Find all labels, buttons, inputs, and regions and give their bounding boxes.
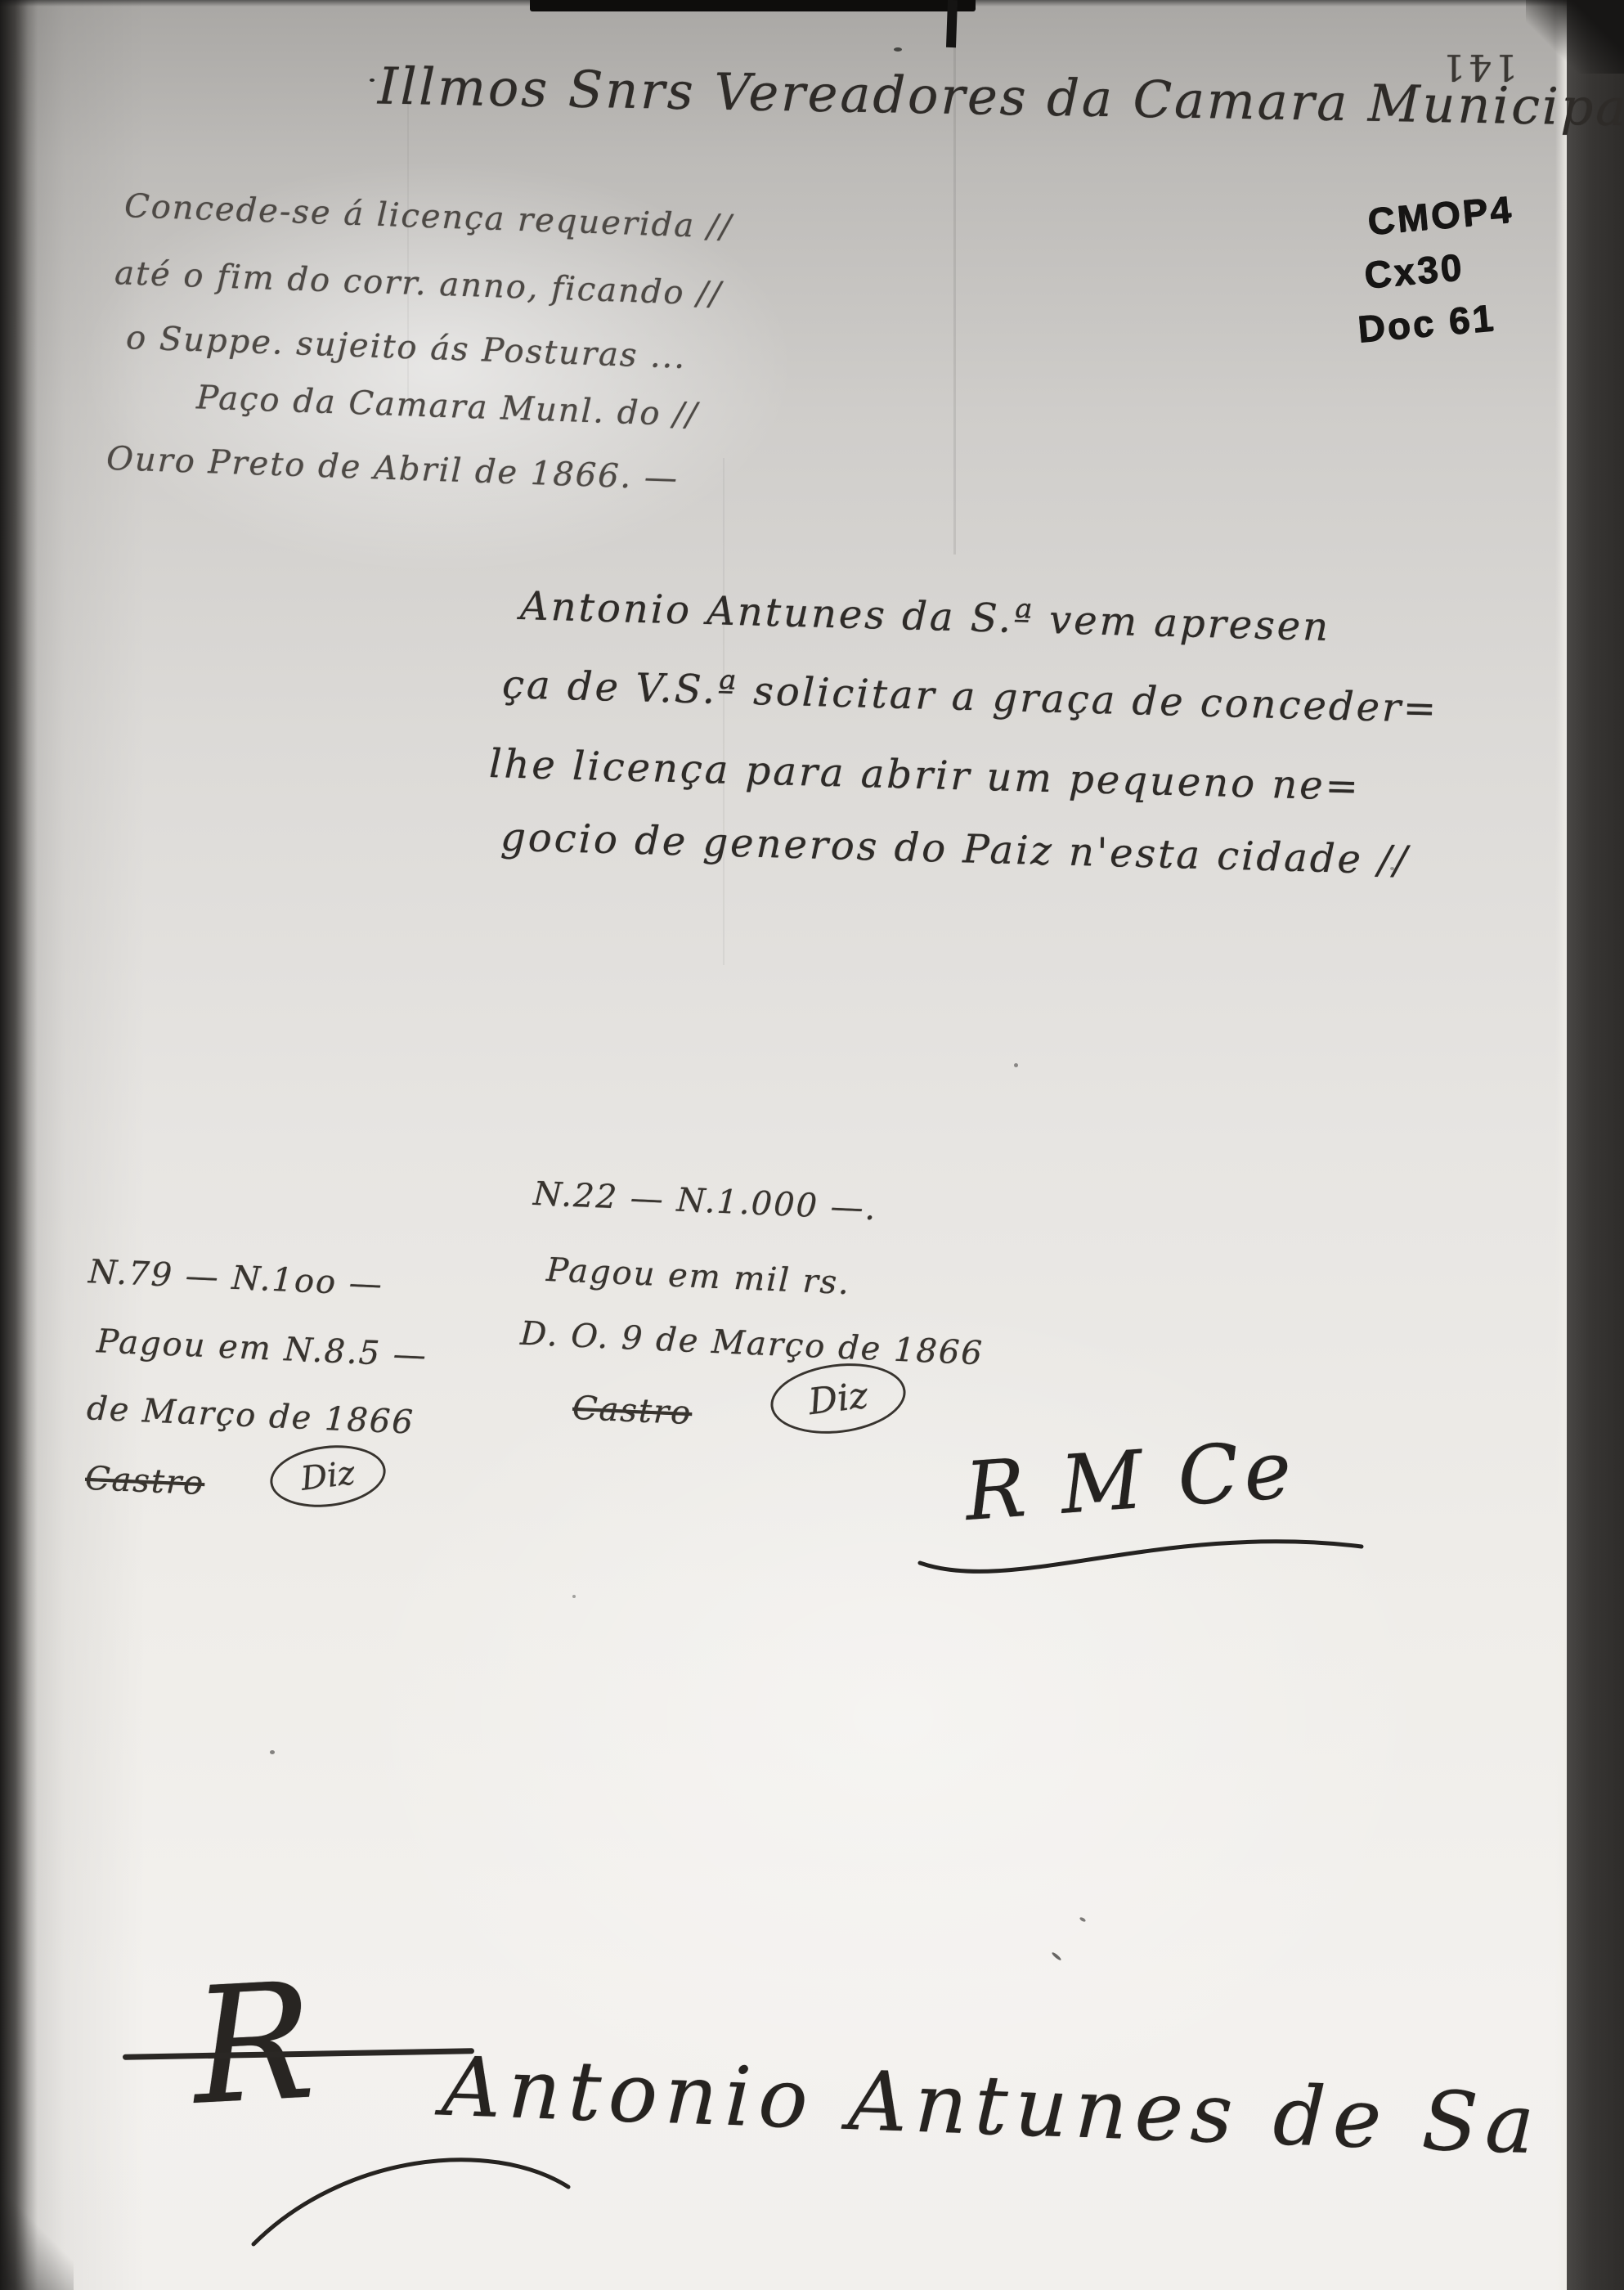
receipt-right-line: N.22 — N.1.000 —. [532, 1175, 877, 1228]
margin-note-line: Concede-se á licença requerida // [123, 187, 733, 246]
scan-top-black-bar [530, 0, 976, 11]
signature-flourish [245, 2122, 572, 2252]
ink-speck [370, 79, 375, 82]
receipt-left-line: Pagou em N.8.5 — [96, 1322, 428, 1375]
scan-top-tick-mark [946, 0, 958, 47]
scan-edge-left [0, 0, 38, 2290]
margin-note-line: Ouro Preto de Abril de 1866. — [105, 440, 679, 497]
margin-note-line: Paço da Camara Munl. do // [195, 379, 699, 433]
ink-speck [1079, 1916, 1087, 1922]
ink-speck [572, 1595, 576, 1598]
receipt-right-line: Pagou em mil rs. [545, 1251, 851, 1302]
ink-speck [270, 1750, 275, 1754]
receipt-left-line: N.79 — N.1oo — [87, 1253, 384, 1304]
petition-line: Antonio Antunes da S.ª vem apresen [519, 583, 1330, 650]
ink-speck [1051, 1951, 1061, 1961]
petition-line: lhe licença para abrir um pequeno ne= [488, 741, 1361, 810]
receipt-right-signature: Castro [572, 1390, 693, 1432]
archive-stamp-box: Cx30 [1362, 245, 1465, 297]
receipt-left-line: de Março de 1866 [86, 1390, 415, 1441]
margin-note-line: o Suppe. sujeito ás Posturas ... [125, 319, 687, 376]
receipt-right-line: D. O. 9 de Março de 1866 [519, 1315, 984, 1373]
petitioner-signature: Antonio Antunes de Sa [440, 2039, 1543, 2173]
scan-edge-right [1567, 0, 1624, 2290]
header-salutation: Illmos Snrs Vereadores da Camara Municip… [377, 56, 1624, 137]
petition-line: ça de V.S.ª solicitar a graça de concede… [501, 662, 1438, 732]
archive-stamp-fund: CMOP4 [1366, 186, 1515, 243]
scan-corner-top-right [1526, 0, 1624, 74]
scanned-document-page: 141 CMOP4 Cx30 Doc 61 Illmos Snrs Veread… [0, 0, 1624, 2290]
petition-line: gocio de generos do Paiz n'esta cidade /… [500, 814, 1410, 883]
scan-corner-bottom-left [0, 2192, 74, 2290]
ink-speck [1014, 1063, 1018, 1067]
margin-note-line: até o fim do corr. anno, ficando // [114, 254, 723, 313]
clerk-rubric-flourish [916, 1518, 1374, 1592]
receipt-right-rubric: Diz [767, 1356, 910, 1441]
receipt-left-rubric: Diz [267, 1439, 389, 1514]
petitioner-initial: R [188, 1948, 320, 2141]
archive-stamp-doc: Doc 61 [1356, 295, 1497, 352]
receipt-left-signature: Castro [84, 1460, 205, 1502]
ink-speck [894, 47, 902, 52]
